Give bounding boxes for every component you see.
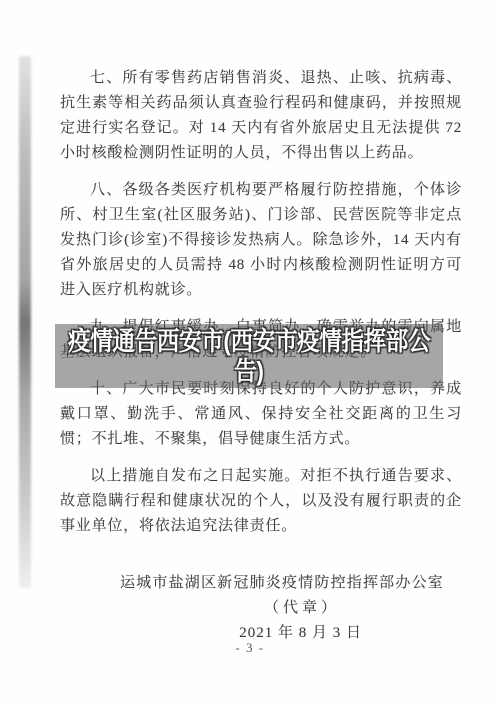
headline-line-2: 告)	[234, 356, 263, 386]
notice-paragraph-10: 十、广大市民要时刻保持良好的个人防护意识，养成戴口罩、勤洗手、常通风、保持安全社…	[60, 377, 462, 452]
notice-paragraph-closing: 以上措施自发布之日起实施。对拒不执行通告要求、故意隐瞒行程和健康状况的个人，以及…	[60, 464, 462, 539]
signature-block: 运城市盐湖区新冠肺炎疫情防控指挥部办公室 （代章） 2021 年 8 月 3 日	[60, 571, 462, 646]
page-number: - 3 -	[0, 640, 500, 656]
signature-issuer: 运城市盐湖区新冠肺炎疫情防控指挥部办公室	[60, 571, 462, 596]
headline-overlay-banner: 疫情通告西安市(西安市疫情指挥部公 告)	[55, 324, 443, 388]
signature-seal-note: （代章）	[60, 596, 462, 621]
notice-paragraph-8: 八、各级各类医疗机构要严格履行防控措施，个体诊所、村卫生室(社区服务站)、门诊部…	[60, 178, 462, 303]
notice-paragraph-7: 七、所有零售药店销售消炎、退热、止咳、抗病毒、抗生素等相关药品须认真查验行程码和…	[60, 66, 462, 166]
headline-line-1: 疫情通告西安市(西安市疫情指挥部公	[68, 326, 430, 356]
scan-gutter-shadow	[19, 56, 31, 588]
scanned-notice-page: 七、所有零售药店销售消炎、退热、止咳、抗病毒、抗生素等相关药品须认真查验行程码和…	[0, 0, 500, 707]
